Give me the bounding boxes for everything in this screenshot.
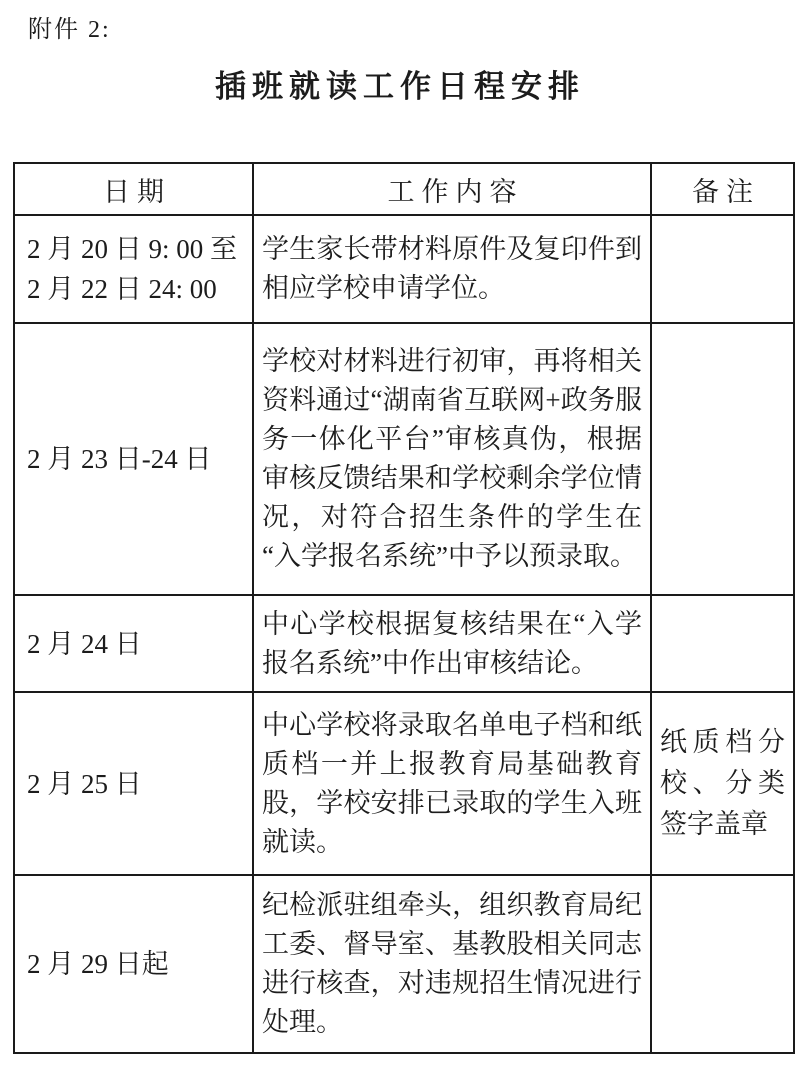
table-row: 2 月 20 日 9: 00 至 2 月 22 日 24: 00 学生家长带材料…	[14, 215, 794, 323]
schedule-table: 日期 工作内容 备注 2 月 20 日 9: 00 至 2 月 22 日 24:…	[13, 162, 795, 1054]
remark-cell	[651, 323, 794, 595]
table-header-row: 日期 工作内容 备注	[14, 163, 794, 215]
remark-cell	[651, 595, 794, 692]
date-cell: 2 月 23 日-24 日	[14, 323, 253, 595]
remark-cell	[651, 875, 794, 1053]
table-row: 2 月 24 日 中心学校根据复核结果在“入学报名系统”中作出审核结论。	[14, 595, 794, 692]
date-cell: 2 月 24 日	[14, 595, 253, 692]
remark-cell	[651, 215, 794, 323]
col-header-remark: 备注	[651, 163, 794, 215]
page-title: 插班就读工作日程安排	[0, 68, 800, 106]
content-cell: 中心学校将录取名单电子档和纸质档一并上报教育局基础教育股，学校安排已录取的学生入…	[253, 692, 651, 875]
col-header-date: 日期	[14, 163, 253, 215]
document-page: 附件 2: 插班就读工作日程安排 日期 工作内容 备注 2 月 20 日 9: …	[0, 0, 800, 1054]
date-cell: 2 月 25 日	[14, 692, 253, 875]
table-row: 2 月 23 日-24 日 学校对材料进行初审，再将相关资料通过“湖南省互联网+…	[14, 323, 794, 595]
content-cell: 纪检派驻组牵头，组织教育局纪工委、督导室、基教股相关同志进行核查，对违规招生情况…	[253, 875, 651, 1053]
table-row: 2 月 29 日起 纪检派驻组牵头，组织教育局纪工委、督导室、基教股相关同志进行…	[14, 875, 794, 1053]
table-row: 2 月 25 日 中心学校将录取名单电子档和纸质档一并上报教育局基础教育股，学校…	[14, 692, 794, 875]
col-header-content: 工作内容	[253, 163, 651, 215]
content-cell: 学校对材料进行初审，再将相关资料通过“湖南省互联网+政务服务一体化平台”审核真伪…	[253, 323, 651, 595]
attachment-label: 附件 2:	[0, 0, 800, 44]
content-cell: 中心学校根据复核结果在“入学报名系统”中作出审核结论。	[253, 595, 651, 692]
date-cell: 2 月 20 日 9: 00 至 2 月 22 日 24: 00	[14, 215, 253, 323]
content-cell: 学生家长带材料原件及复印件到相应学校申请学位。	[253, 215, 651, 323]
date-cell: 2 月 29 日起	[14, 875, 253, 1053]
remark-cell: 纸质档分校、分类签字盖章	[651, 692, 794, 875]
